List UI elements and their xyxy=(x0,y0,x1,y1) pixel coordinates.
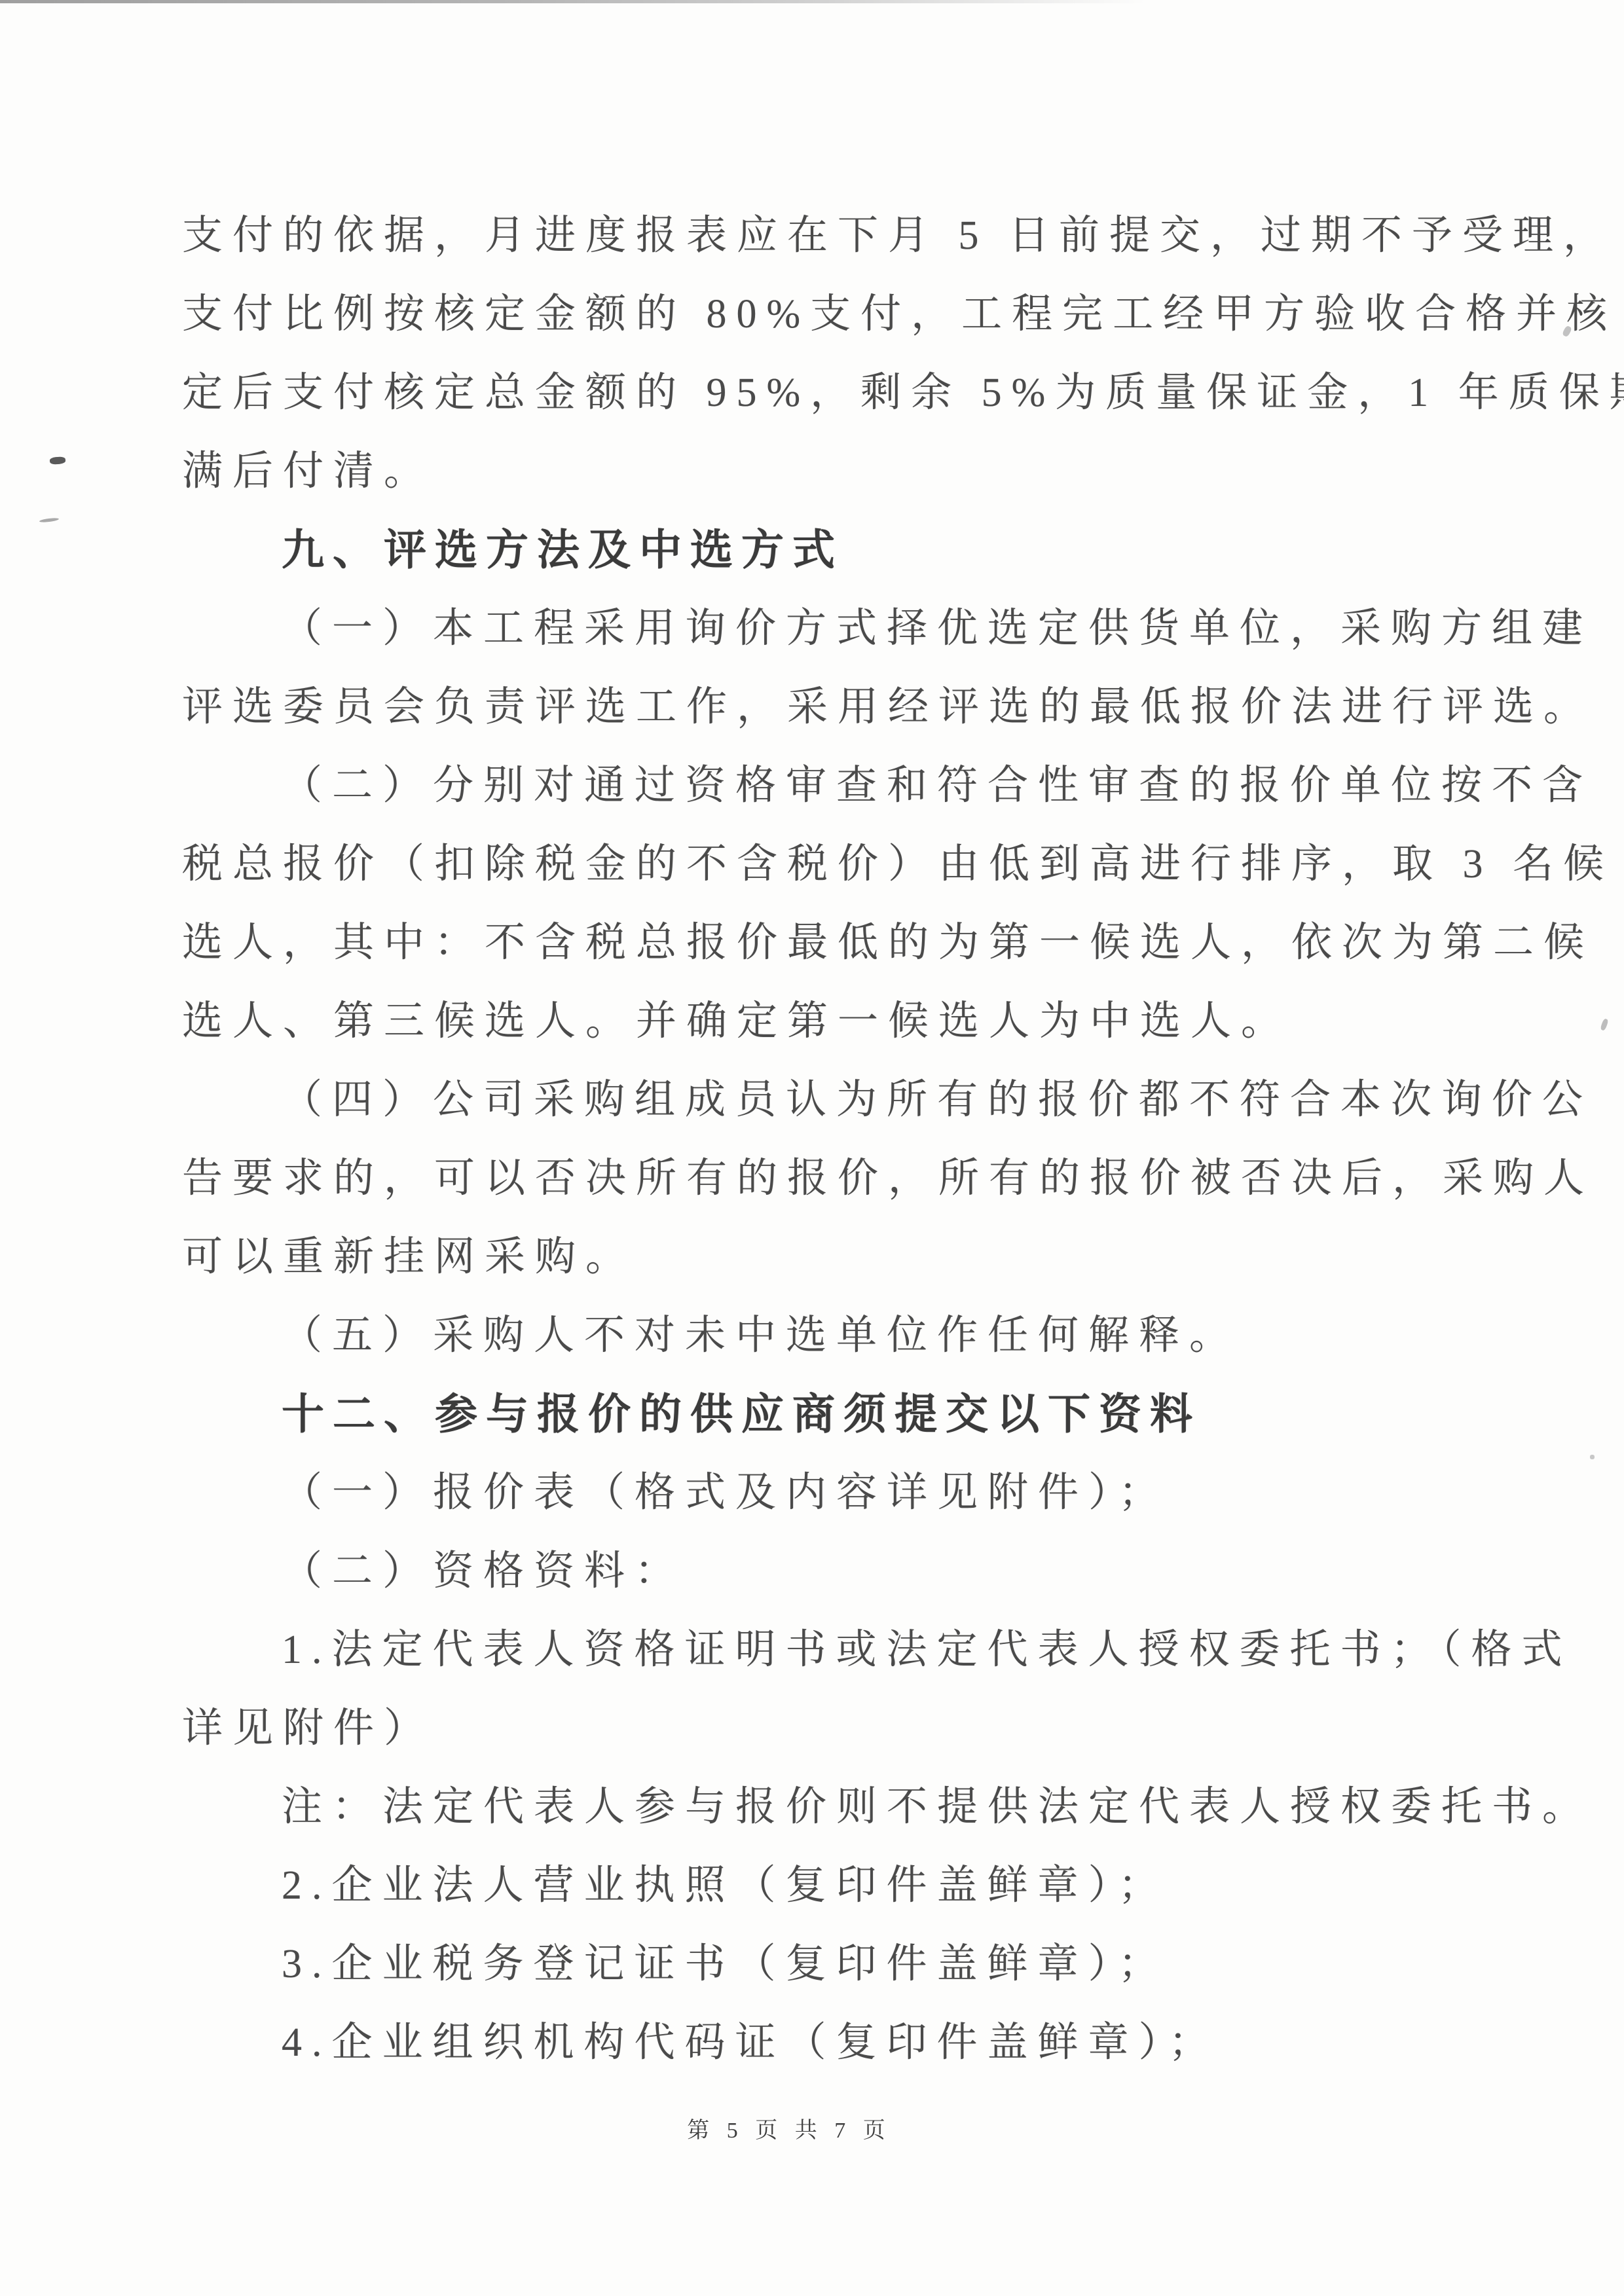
text-line: 注：法定代表人参与报价则不提供法定代表人授权委托书。 xyxy=(182,1768,1459,1846)
text-line: 告要求的，可以否决所有的报价，所有的报价被否决后，采购人 xyxy=(182,1139,1459,1218)
text-line: 支付的依据，月进度报表应在下月 5 日前提交，过期不予受理， xyxy=(182,196,1459,275)
section-heading-12: 十二、参与报价的供应商须提交以下资料 xyxy=(182,1375,1459,1453)
page-number-footer: 第 5 页 共 7 页 xyxy=(0,2112,1578,2144)
text-line: 详见附件） xyxy=(182,1689,1459,1768)
text-line: 定后支付核定总金额的 95%，剩余 5%为质量保证金，1 年质保期 xyxy=(182,354,1459,432)
text-line: 4.企业组织机构代码证（复印件盖鲜章）； xyxy=(182,2003,1459,2082)
text-line: 3.企业税务登记证书（复印件盖鲜章）； xyxy=(182,1925,1459,2003)
scan-speck-artifact xyxy=(1600,1018,1609,1031)
scan-speck-artifact xyxy=(50,456,66,465)
text-line: 1.法定代表人资格证明书或法定代表人授权委托书；（格式 xyxy=(182,1611,1459,1689)
text-line: 选人，其中：不含税总报价最低的为第一候选人，依次为第二候 xyxy=(182,903,1459,982)
text-line: 税总报价（扣除税金的不含税价）由低到高进行排序，取 3 名候 xyxy=(182,825,1459,903)
text-line: 选人、第三候选人。并确定第一候选人为中选人。 xyxy=(182,982,1459,1061)
text-line: （二）分别对通过资格审查和符合性审查的报价单位按不含 xyxy=(182,746,1459,825)
text-line: 可以重新挂网采购。 xyxy=(182,1218,1459,1296)
scanned-document-page: 支付的依据，月进度报表应在下月 5 日前提交，过期不予受理， 支付比例按核定金额… xyxy=(0,0,1624,2296)
document-body: 支付的依据，月进度报表应在下月 5 日前提交，过期不予受理， 支付比例按核定金额… xyxy=(182,196,1459,2082)
scan-speck-artifact xyxy=(39,517,59,523)
text-line: 2.企业法人营业执照（复印件盖鲜章）； xyxy=(182,1846,1459,1925)
text-line: 支付比例按核定金额的 80%支付，工程完工经甲方验收合格并核 xyxy=(182,275,1459,354)
scan-speck-artifact xyxy=(1590,1455,1595,1459)
text-line: （一）报价表（格式及内容详见附件）； xyxy=(182,1453,1459,1532)
text-line: 评选委员会负责评选工作，采用经评选的最低报价法进行评选。 xyxy=(182,668,1459,746)
text-line: （五）采购人不对未中选单位作任何解释。 xyxy=(182,1296,1459,1375)
text-line: （二）资格资料： xyxy=(182,1532,1459,1611)
text-line: （一）本工程采用询价方式择优选定供货单位，采购方组建 xyxy=(182,589,1459,668)
section-heading-9: 九、评选方法及中选方式 xyxy=(182,511,1459,589)
text-line: （四）公司采购组成员认为所有的报价都不符合本次询价公 xyxy=(182,1061,1459,1139)
scan-edge-artifact xyxy=(0,0,1146,3)
text-line: 满后付清。 xyxy=(182,432,1459,511)
